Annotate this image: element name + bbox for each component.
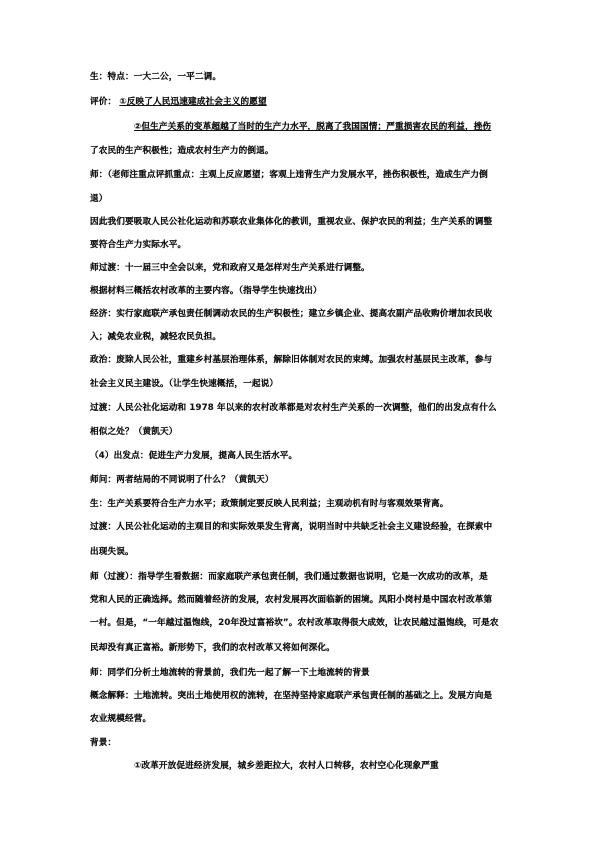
text-line: 经济：实行家庭联产承包责任制调动农民的生产积极性；建立乡镇企业、提高农副产品收购… [90,308,492,320]
text-line: 退） [90,193,108,205]
text-line: 师问：两者结局的不同说明了什么？（黄凯天） [90,474,274,486]
text-line: 入；减免农业税，减轻农民负担。 [90,331,221,343]
text-line: 师：（老师注重点评抓重点：主观上反应愿望；客观上违背生产力发展水平，挫伤积极性，… [90,169,488,181]
text-line: 要符合生产力实际水平。 [90,239,186,251]
text-line: 一村。但是，“一年越过温饱线，20年没过富裕坎”。农村改革取得很大成效，让农民越… [90,617,499,629]
text-line: 相似之处？（黄凯天） [90,426,177,438]
text-line: ②但生产关系的变革超越了当时的生产力水平，脱离了我国国情；严重损害农民的利益，挫… [134,121,491,133]
text-line: 农业规模经营。 [90,713,151,725]
text-line: 了农民的生产积极性；造成农村生产力的倒退。 [90,145,274,157]
text-line: 评价： ①反映了人民迅速建成社会主义的愿望 [90,96,267,108]
text-line: 社会主义民主建设。（让学生快速概括，一起说） [90,378,278,390]
label-evaluation: 评价： [90,97,119,107]
text-line: 概念解释：土地流转。突出土地使用权的流转，在坚持坚持家庭联产承包责任制的基础之上… [90,690,492,702]
text-line: 根据材料三概括农村改革的主要内容。（指导学生快速找出） [90,285,322,297]
text-line: 生：生产关系要符合生产力水平；政策制定要反映人民利益；主观动机有时与客观效果背离… [90,498,449,510]
text-line: 师（过渡）：指导学生看数据：而家庭联产承包责任制，我们通过数据也说明，它是一次成… [90,571,488,583]
text-line: 党和人民的正确选择。然而随着经济的发展，农村发展再次面临新的困境。凤阳小岗村是中… [90,594,492,606]
text-line: ①改革开放促进经济发展，城乡差距拉大，农村人口转移，农村空心化现象严重 [134,760,439,772]
text-line: 师过渡：十一届三中全会以来，党和政府又是怎样对生产关系进行调整。 [90,262,370,274]
text-line: 师：同学们分析土地流转的背景前，我们先一起了解一下土地流转的背景 [90,667,370,679]
text-line: 背景： [90,737,116,749]
underlined-point: ②但生产关系的变革超越了当时的生产力水平，脱离了我国国情；严重损害农民的利益，挫… [134,122,491,132]
text-line: 生：特点：一大二公，一平二调。 [90,71,221,83]
text-line: 政治：废除人民公社，重建乡村基层治理体系，解除旧体制对农民的束缚。加强农村基层民… [90,354,492,366]
text-line: 过渡：人民公社化运动和 1978 年以来的农村改革都是对农村生产关系的一次调整，… [90,402,497,414]
text-line: 因此我们要吸取人民公社化运动和苏联农业集体化的教训，重视农业、保护农民的利益；生… [90,216,492,228]
text-line: 民却没有真正富裕。新形势下，我们的农村改革又将如何深化。 [90,642,335,654]
text-line: （4）出发点：促进生产力发展，提高人民生活水平。 [90,450,297,462]
text-line: 出现失误。 [90,546,134,558]
underlined-point: ①反映了人民迅速建成社会主义的愿望 [119,97,266,107]
text-line: 过渡：人民公社化运动的主观目的和实际效果发生背离，说明当时中共缺乏社会主义建设经… [90,521,492,533]
